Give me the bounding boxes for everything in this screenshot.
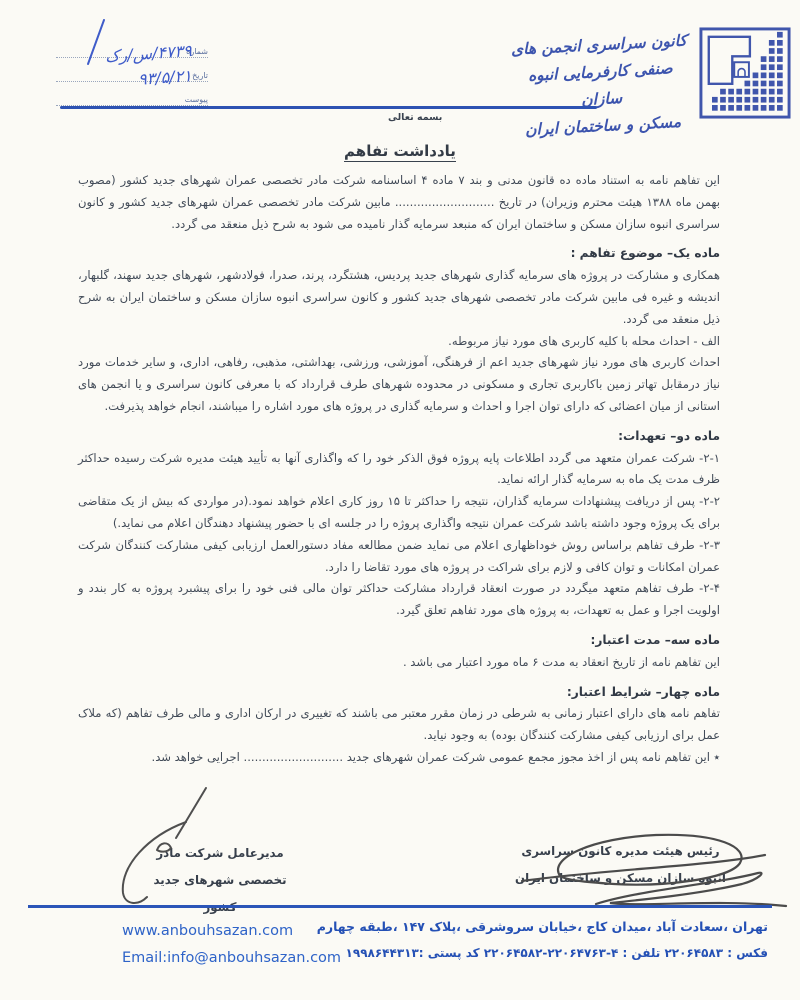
article2-item-4: ۲-۴- طرف تفاهم متعهد میگردد در صورت انعق… xyxy=(78,578,720,622)
article2-item-1: ۲-۱- شرکت عمران متعهد می گردد اطلاعات پا… xyxy=(78,448,720,492)
postal-address: تهران ،سعادت آباد ،میدان کاج ،خیابان سرو… xyxy=(317,914,768,940)
article1-paragraph2: احداث کاربری های مورد نیاز شهرهای جدید ا… xyxy=(78,352,720,417)
header-divider xyxy=(60,106,597,109)
article4-heading: ماده چهار– شرایط اعتبار: xyxy=(78,682,720,704)
signature-right-title-line1: رئیس هیئت مدیره کانون سراسری xyxy=(513,838,728,865)
besmele-text: بسمه تعالی xyxy=(388,112,442,123)
article4-paragraph: تفاهم نامه های دارای اعتبار زمانی به شرط… xyxy=(78,703,720,747)
article1-heading: ماده یک– موضوع تفاهم : xyxy=(78,243,720,265)
signature-block-right: رئیس هیئت مدیره کانون سراسری انبوه سازان… xyxy=(513,838,728,892)
footer-contact-block: تهران ،سعادت آباد ،میدان کاج ،خیابان سرو… xyxy=(317,914,768,966)
article1-item-a: الف - احداث محله با کلیه کاربری های مورد… xyxy=(78,331,720,353)
scanned-letter-page: شماره ۴۷۳۹/س/رک تاریخ ۹۳/۵/۲۱ پیوست xyxy=(0,0,800,1000)
reference-block: شماره ۴۷۳۹/س/رک تاریخ ۹۳/۵/۲۱ پیوست xyxy=(56,34,208,106)
document-title: یادداشت تفاهم xyxy=(344,142,456,162)
website-url: www.anbouhsazan.com xyxy=(122,918,341,945)
signature-right-title-line2: انبوه سازان مسکن و ساختمان ایران xyxy=(513,865,728,892)
organization-logo-icon xyxy=(698,26,792,120)
article2-item-2: ۲-۲- پس از دریافت پیشنهادات سرمایه گذارا… xyxy=(78,491,720,535)
footer-divider xyxy=(28,905,772,908)
ref-date-row: تاریخ ۹۳/۵/۲۱ xyxy=(56,58,208,82)
intro-paragraph: این تفاهم نامه به استناد ماده ده قانون م… xyxy=(78,170,720,235)
article1-paragraph: همکاری و مشارکت در پروژه های سرمایه گذار… xyxy=(78,265,720,330)
ref-number-row: شماره ۴۷۳۹/س/رک xyxy=(56,34,208,58)
signature-block-left: مدیرعامل شرکت مادر تخصصی شهرهای جدید کشو… xyxy=(145,840,295,921)
organization-name: کانون سراسری انجمن های صنفی کارفرمایی ان… xyxy=(503,27,698,145)
ref-attachment-label: پیوست xyxy=(185,95,208,104)
ref-date-label: تاریخ xyxy=(192,71,208,80)
brick-steps xyxy=(712,32,783,111)
phone-fax-line: فکس : ۲۲۰۶۴۵۸۳ تلفن : ۴-۲۲۰۶۴۷۶۳-۲۲۰۶۴۵۸… xyxy=(317,940,768,966)
article3-paragraph: این تفاهم نامه از تاریخ انعقاد به مدت ۶ … xyxy=(78,652,720,674)
footer-web-block: www.anbouhsazan.com Email:info@anbouhsaz… xyxy=(122,918,341,972)
email-address: Email:info@anbouhsazan.com xyxy=(122,945,341,972)
signature-left-title-line2: تخصصی شهرهای جدید کشور xyxy=(145,867,295,921)
article3-heading: ماده سه– مدت اعتبار: xyxy=(78,630,720,652)
execution-note: ٭ این تفاهم نامه پس از اخذ مجوز مجمع عمو… xyxy=(78,747,720,769)
signature-left-title-line1: مدیرعامل شرکت مادر xyxy=(145,840,295,867)
approval-slash-mark xyxy=(176,788,206,838)
article2-heading: ماده دو– تعهدات: xyxy=(78,426,720,448)
document-body: این تفاهم نامه به استناد ماده ده قانون م… xyxy=(78,170,720,769)
article2-item-3: ۲-۳- طرف تفاهم براساس روش خوداظهاری اعلا… xyxy=(78,535,720,579)
ref-attachment-row: پیوست xyxy=(56,82,208,106)
